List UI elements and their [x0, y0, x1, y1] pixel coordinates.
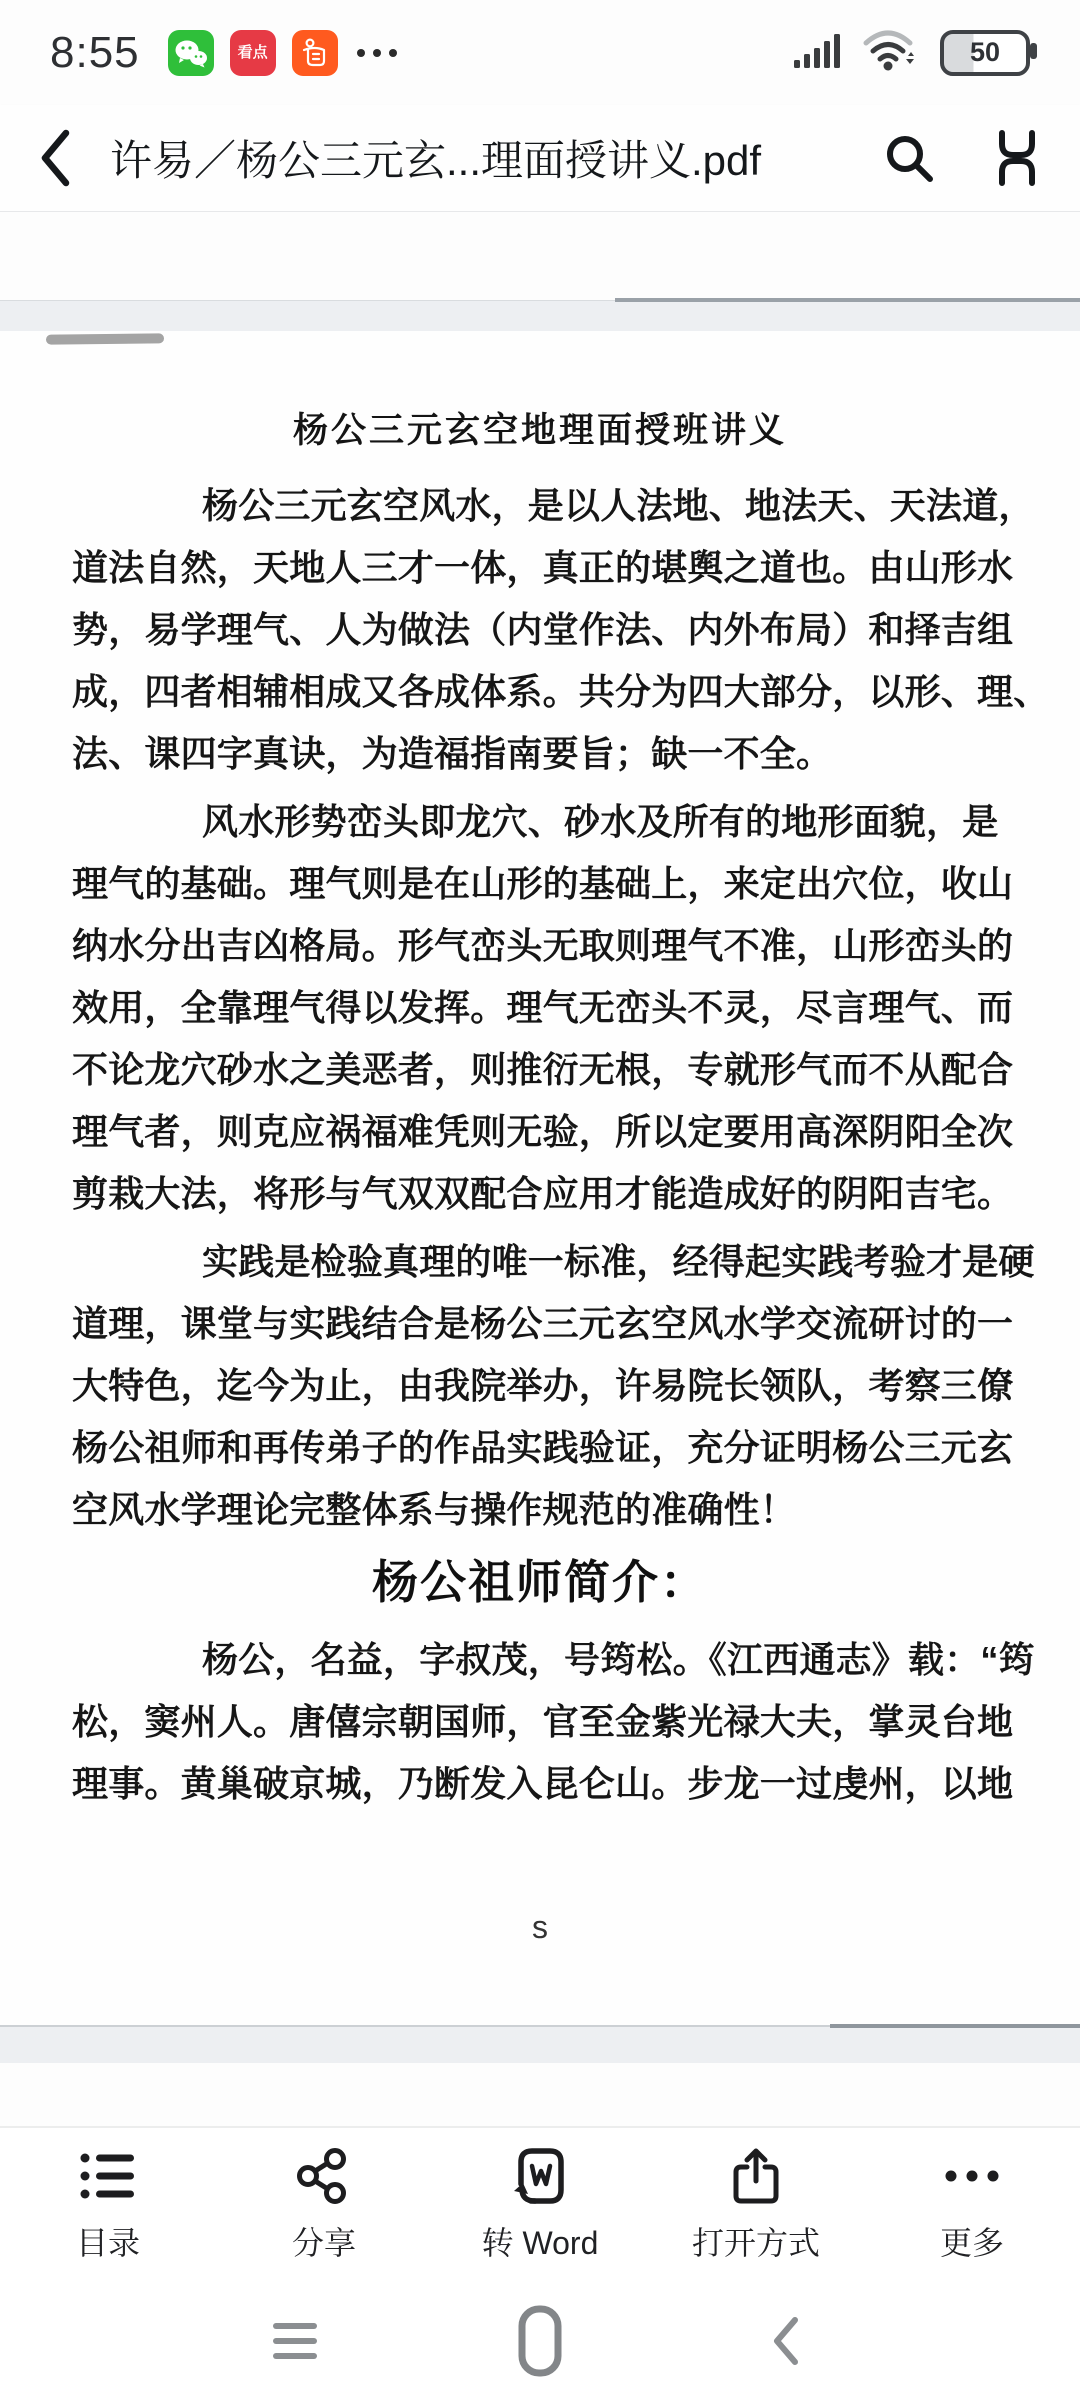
- search-icon[interactable]: [882, 131, 936, 185]
- text-line: 势，易学理气、人为做法（内堂作法、内外布局）和择吉组: [72, 599, 1008, 661]
- more-notifications-icon: [354, 30, 400, 76]
- status-bar: 8:55 看点: [0, 0, 1080, 105]
- paragraph: 实践是检验真理的唯一标准，经得起实践考验才是硬道理，课堂与实践结合是杨公三元玄空…: [72, 1231, 1008, 1541]
- title-bar: 许易／杨公三元玄...理面授讲义.pdf: [0, 105, 1080, 212]
- open-with-label: 打开方式: [692, 2218, 820, 2264]
- text-line: 道法自然，天地人三才一体，真正的堪舆之道也。由山形水: [72, 537, 1008, 599]
- clock: 8:55: [50, 28, 140, 78]
- section-heading: 杨公祖师简介：: [72, 1547, 1008, 1617]
- text-line: 杨公，名益，字叔茂，号筠松。《江西通志》载：“筠: [72, 1629, 1008, 1691]
- kandian-icon: 看点: [230, 30, 276, 76]
- document-viewport[interactable]: 杨公三元玄空地理面授班讲义杨公三元玄空风水，是以人法地、地法天、天法道，道法自然…: [0, 212, 1080, 2126]
- document-body: 杨公三元玄空地理面授班讲义杨公三元玄空风水，是以人法地、地法天、天法道，道法自然…: [72, 409, 1008, 1947]
- back-chevron-icon[interactable]: [38, 128, 74, 188]
- text-line: 效用，全靠理气得以发挥。理气无峦头不灵，尽言理气、而: [72, 977, 1008, 1039]
- notification-icons: 看点: [168, 30, 400, 76]
- toc-label: 目录: [76, 2218, 140, 2264]
- previous-page-bottom: [0, 212, 1080, 301]
- more-label: 更多: [940, 2218, 1004, 2264]
- next-page-top: [0, 2063, 1080, 2127]
- text-line: 实践是检验真理的唯一标准，经得起实践考验才是硬: [72, 1231, 1008, 1293]
- paragraph: 风水形势峦头即龙穴、砂水及所有的地形面貌，是理气的基础。理气则是在山形的基础上，…: [72, 791, 1008, 1225]
- text-line: 法、课四字真诀，为造福指南要旨；缺一不全。: [72, 723, 1008, 785]
- wifi-icon: [862, 28, 918, 77]
- more-icon: [943, 2146, 1001, 2206]
- wechat-icon: [168, 30, 214, 76]
- float-window-icon[interactable]: [992, 125, 1042, 191]
- text-line: 剪栽大法，将形与气双双配合应用才能造成好的阴阳吉宅。: [72, 1163, 1008, 1225]
- text-line: 道理，课堂与实践结合是杨公三元玄空风水学交流研讨的一: [72, 1293, 1008, 1355]
- paragraph: 杨公三元玄空风水，是以人法地、地法天、天法道，道法自然，天地人三才一体，真正的堪…: [72, 475, 1008, 785]
- page-gap: [0, 301, 1080, 331]
- text-line: 大特色，迄今为止，由我院举办，许易院长领队，考察三僚: [72, 1355, 1008, 1417]
- android-nav-bar: [0, 2282, 1080, 2400]
- toc-button[interactable]: 目录: [0, 2128, 216, 2284]
- footer-mark: s: [72, 1907, 1008, 1947]
- text-line: 松，窦州人。唐僖宗朝国师，官至金紫光禄大夫，掌灵台地: [72, 1691, 1008, 1753]
- open-with-button[interactable]: 打开方式: [648, 2128, 864, 2284]
- text-line: 纳水分出吉凶格局。形气峦头无取则理气不准，山形峦头的: [72, 915, 1008, 977]
- text-line: 成，四者相辅相成又各成体系。共分为四大部分，以形、理、: [72, 661, 1008, 723]
- word-convert-icon: [511, 2146, 569, 2206]
- home-pill-icon[interactable]: [418, 2305, 663, 2377]
- share-icon: [295, 2146, 353, 2206]
- toc-icon: [80, 2146, 136, 2206]
- text-line: 不论龙穴砂水之美恶者，则推衍无根，专就形气而不从配合: [72, 1039, 1008, 1101]
- battery-icon: 50: [940, 30, 1030, 76]
- text-line: 杨公祖师和再传弟子的作品实践验证，充分证明杨公三元玄: [72, 1417, 1008, 1479]
- text-line: 理事。黄巢破京城，乃断发入昆仑山。步龙一过虔州，以地: [72, 1753, 1008, 1815]
- document-page: 杨公三元玄空地理面授班讲义杨公三元玄空风水，是以人法地、地法天、天法道，道法自然…: [0, 331, 1080, 2027]
- more-button[interactable]: 更多: [864, 2128, 1080, 2284]
- page-gap: [0, 2027, 1080, 2063]
- file-title: 许易／杨公三元玄...理面授讲义.pdf: [110, 128, 858, 188]
- text-line: 理气者，则克应祸福难凭则无验，所以定要用高深阴阳全次: [72, 1101, 1008, 1163]
- recents-icon[interactable]: [173, 2323, 418, 2359]
- back-icon[interactable]: [663, 2316, 908, 2366]
- text-line: 风水形势峦头即龙穴、砂水及所有的地形面貌，是: [72, 791, 1008, 853]
- text-line: 杨公三元玄空风水，是以人法地、地法天、天法道，: [72, 475, 1008, 537]
- text-line: 空风水学理论完整体系与操作规范的准确性！: [72, 1479, 1008, 1541]
- status-indicators: 50: [794, 28, 1030, 77]
- pdf-reader-screen: 8:55 看点: [0, 0, 1080, 2400]
- text-line: 理气的基础。理气则是在山形的基础上，来定出穴位，收山: [72, 853, 1008, 915]
- taobao-icon: [292, 30, 338, 76]
- convert-word-button[interactable]: 转 Word: [432, 2128, 648, 2284]
- scan-artifact: [46, 333, 164, 344]
- signal-icon: [794, 32, 840, 73]
- paragraph: 杨公，名益，字叔茂，号筠松。《江西通志》载：“筠松，窦州人。唐僖宗朝国师，官至金…: [72, 1629, 1008, 1815]
- share-button[interactable]: 分享: [216, 2128, 432, 2284]
- share-label: 分享: [292, 2218, 356, 2264]
- doc-title: 杨公三元玄空地理面授班讲义: [72, 409, 1008, 453]
- convert-word-label: 转 Word: [482, 2218, 599, 2264]
- open-with-icon: [728, 2146, 784, 2206]
- bottom-toolbar: 目录 分享: [0, 2126, 1080, 2284]
